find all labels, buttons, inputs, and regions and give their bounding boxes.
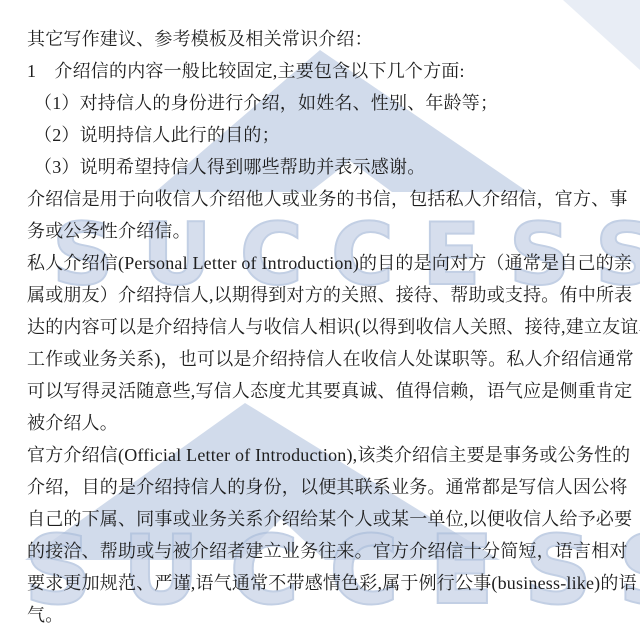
text-line: 气。 xyxy=(27,598,633,625)
text-line: 务或公务性介绍信。 xyxy=(27,214,633,246)
text-line: 可以写得灵活随意些,写信人态度尤其要真诚、值得信赖，语气应是侧重肯定 xyxy=(27,374,633,406)
text-line: 私人介绍信(Personal Letter of Introduction)的目… xyxy=(27,246,633,278)
text-line: 工作或业务关系)，也可以是介绍持信人在收信人处谋职等。私人介绍信通常 xyxy=(27,342,633,374)
text-lines: 其它写作建议、参考模板及相关常识介绍：1 介绍信的内容一般比较固定,主要包含以下… xyxy=(27,22,633,625)
text-line: 介绍信是用于向收信人介绍他人或业务的书信，包括私人介绍信，官方、事 xyxy=(27,182,633,214)
text-line: 官方介绍信(Official Letter of Introduction),该… xyxy=(27,438,633,470)
text-line: （3）说明希望持信人得到哪些帮助并表示感谢。 xyxy=(27,150,633,182)
text-line: 要求更加规范、严谨,语气通常不带感情色彩,属于例行公事(business-lik… xyxy=(27,566,633,598)
text-line: 其它写作建议、参考模板及相关常识介绍： xyxy=(27,22,633,54)
text-line: （1）对持信人的身份进行介绍，如姓名、性别、年龄等； xyxy=(27,86,633,118)
text-line: 1 介绍信的内容一般比较固定,主要包含以下几个方面: xyxy=(27,54,633,86)
text-line: （2）说明持信人此行的目的； xyxy=(27,118,633,150)
text-line: 被介绍人。 xyxy=(27,406,633,438)
text-line: 的接洽、帮助或与被介绍者建立业务往来。官方介绍信十分简短，语言相对 xyxy=(27,534,633,566)
document-page: SUCCESS SUCCESS 其它写作建议、参考模板及相关常识介绍：1 介绍信… xyxy=(0,0,640,625)
text-line: 达的内容可以是介绍持信人与收信人相识(以得到收信人关照、接待,建立友谊、 xyxy=(27,310,633,342)
text-line: 自己的下属、同事或业务关系介绍给某个人或某一单位,以便收信人给予必要 xyxy=(27,502,633,534)
text-line: 介绍，目的是介绍持信人的身份，以便其联系业务。通常都是写信人因公将 xyxy=(27,470,633,502)
text-line: 属或朋友）介绍持信人,以期得到对方的关照、接待、帮助或支持。侑中所表 xyxy=(27,278,633,310)
